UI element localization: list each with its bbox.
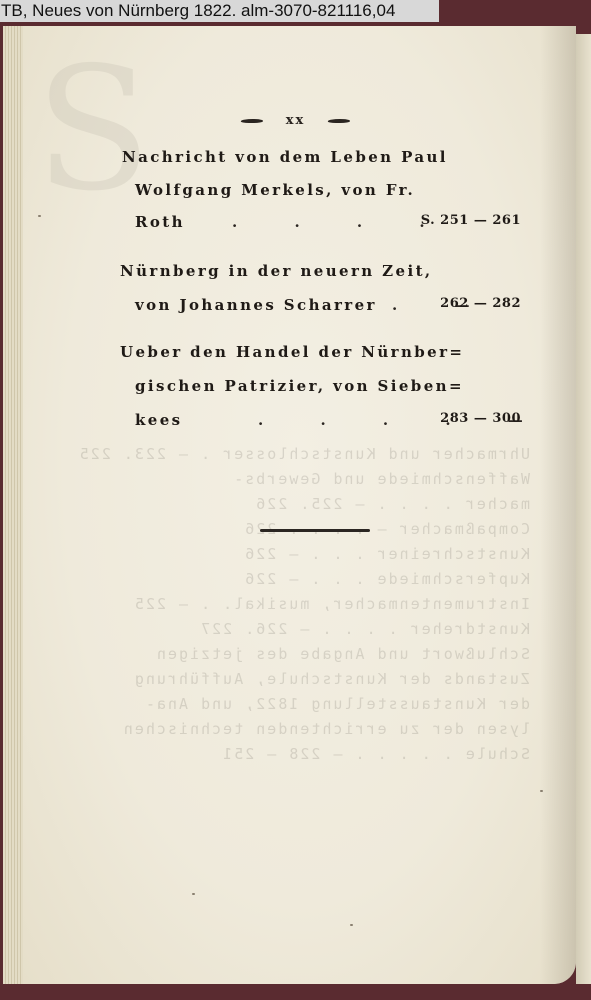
bleed-line: der Kunstausstellung 1822, und Ana- (110, 695, 530, 720)
bleed-line: Kunstschreiner . . . — 226 (110, 545, 530, 570)
bleed-through-text: Uhrmacher und Kunstschlosser . — 223. 22… (110, 445, 530, 770)
facing-page-edge (576, 34, 591, 984)
bleed-line: lysen der zu errichtenden technischen (110, 720, 530, 745)
toc-entry-2-line-1: Nürnberg in der neuern Zeit, (0, 262, 591, 284)
page-range: 262 — 282 (440, 296, 521, 311)
ornament-right-icon (328, 119, 351, 123)
closing-rule-divider (260, 529, 370, 532)
bleed-line: Schule . . . . . — 228 — 251 (110, 745, 530, 770)
bleed-line: Zustands der Kunstschule, Aufführung (110, 670, 530, 695)
toc-entry-2-line-2: von Johannes Scharrer . — 262 — 282 (0, 296, 591, 318)
toc-entry-3-line-1: Ueber den Handel der Nürnber= (0, 343, 591, 365)
bleed-line: Instrumentenmacher, musikal. . — 225 (110, 595, 530, 620)
image-caption: TB, Neues von Nürnberg 1822. alm-3070-82… (0, 0, 439, 22)
paper-speck (38, 215, 41, 217)
bleed-line: Compaßmacher — . . . . 226 (110, 520, 530, 545)
page-range: 283 — 300 (440, 411, 521, 426)
page-folio: xx (286, 113, 306, 128)
toc-entry-3-line-2: gischen Patrizier, von Sieben= (0, 377, 591, 399)
leader-dots: . . . . (232, 213, 451, 231)
bleed-line: Kupferschmiede . . . — 226 (110, 570, 530, 595)
bleed-line: Schlußwort und Angabe des jetzigen (110, 645, 530, 670)
toc-entry-1-line-1: Nachricht von dem Leben Paul (0, 148, 591, 170)
page-range: S. 251 — 261 (421, 213, 521, 228)
bleed-line: macher . . . . — 225. 226 (110, 495, 530, 520)
bleed-line: Kunstdreher . . . . — 226. 227 (110, 620, 530, 645)
paper-speck (540, 790, 543, 792)
paper-speck (350, 924, 353, 926)
toc-entry-1-line-2: Wolfgang Merkels, von Fr. (0, 181, 591, 203)
paper-speck (192, 893, 195, 895)
toc-entry-3-line-3: kees . . . . — 283 — 300 (0, 411, 591, 433)
running-header: xx (0, 110, 591, 129)
toc-entry-1-line-3: Roth . . . . S. 251 — 261 (0, 213, 591, 235)
bleed-line: Uhrmacher und Kunstschlosser . — 223. 22… (110, 445, 530, 470)
ornament-left-icon (240, 119, 263, 123)
bleed-line: Waffenschmiede und Gewerbs- (110, 470, 530, 495)
